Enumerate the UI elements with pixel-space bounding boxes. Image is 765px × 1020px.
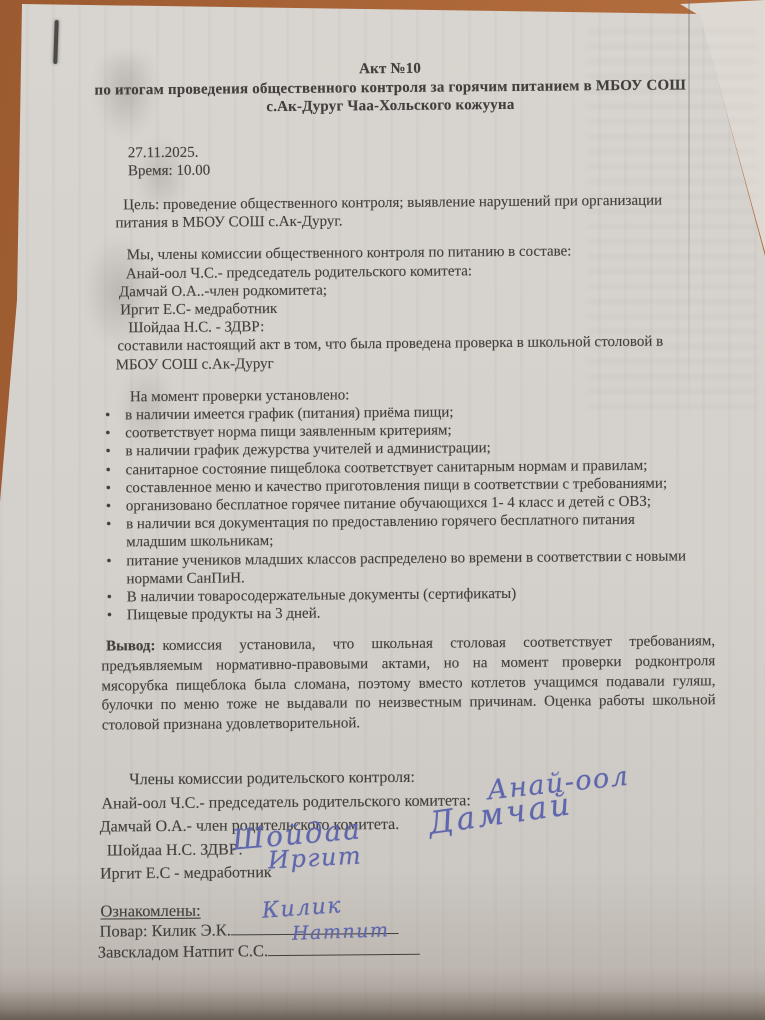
document-body: Акт №10 по итогам проведения общественно… — [90, 57, 698, 963]
act-statement: составили настоящий акт в том, что была … — [115, 333, 693, 374]
acknowledged-section: Ознакомлены: Повар: Килик Э.К. Завскладо… — [97, 896, 698, 963]
acknowledged-label: Завскладом Натпит С.С. — [98, 941, 269, 961]
signature-natpit: Натпит — [292, 919, 390, 944]
finding-item: Пищевые продукты на 3 дней. — [95, 602, 695, 625]
document-title: Акт №10 по итогам проведения общественно… — [90, 57, 690, 118]
date-block: 27.11.2025. Время: 10.00 — [128, 139, 691, 180]
signature-line — [268, 941, 420, 956]
finding-item: в наличии вся документация по предоставл… — [94, 511, 694, 553]
finding-item: питание учеников младших классов распред… — [94, 547, 694, 589]
commission-section: Мы, члены комиссии общественного контрол… — [92, 242, 693, 375]
signatory-line: Иргит Е.С - медработник — [100, 858, 697, 887]
document-time: Время: 10.00 — [128, 157, 691, 180]
conclusion-text: комиссия установила, что школьная столов… — [101, 634, 715, 734]
signature-irgit: Иргит — [267, 842, 362, 875]
conclusion-paragraph: Вывод:комиссия установила, что школьная … — [101, 633, 716, 736]
purpose-paragraph: Цель: проведение общественного контроля;… — [115, 191, 687, 232]
conclusion-label: Вывод: — [106, 638, 156, 654]
acknowledged-label: Повар: Килик Э.К. — [100, 921, 231, 941]
findings-list: в наличии имеется график (питания) приём… — [93, 401, 695, 625]
